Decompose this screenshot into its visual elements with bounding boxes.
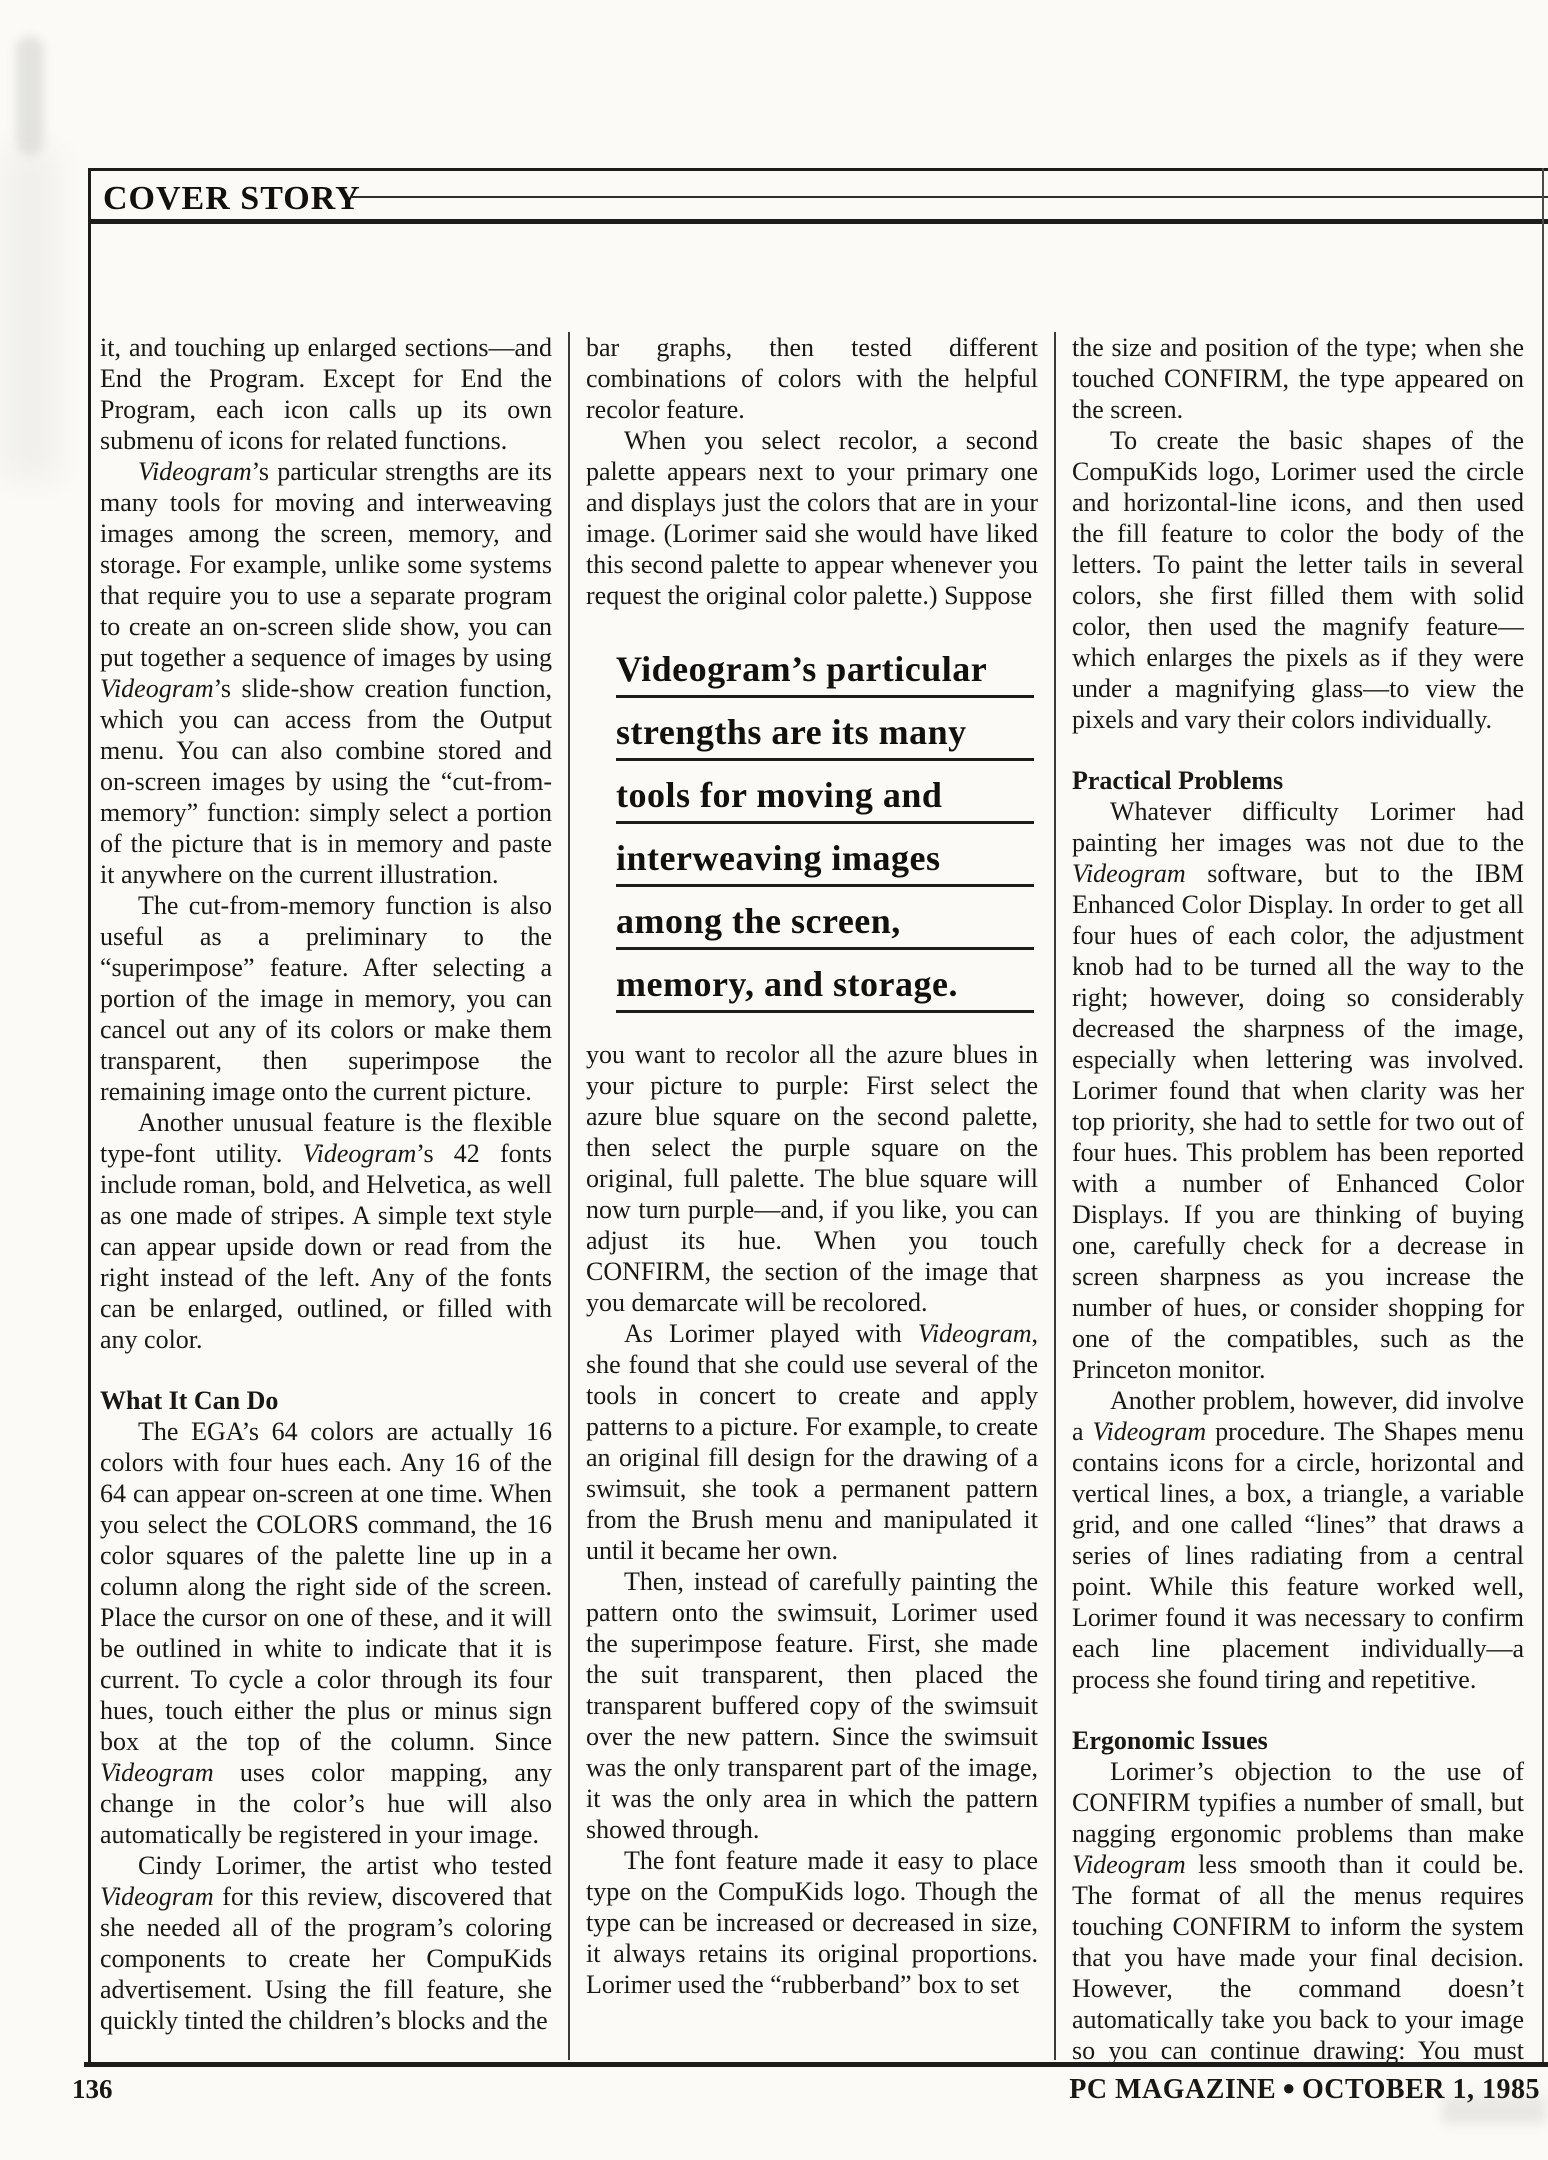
body-paragraph: To create the basic shapes of the CompuK… [1072,425,1524,735]
pullquote-line: tools for moving and [616,761,1034,824]
body-paragraph: Cindy Lorimer, the artist who tested Vid… [100,1850,552,2036]
frame-left-rule [88,168,91,2067]
header-top-rule [88,168,1548,171]
magazine-name: PC MAGAZINE [1069,2074,1276,2105]
section-heading: Ergonomic Issues [1072,1725,1524,1756]
column-2: bar graphs, then tested different combin… [586,332,1038,2062]
magazine-page: COVER STORY it, and touching up enlarged… [0,0,1548,2160]
body-paragraph: Lorimer’s objection to the use of CONFIR… [1072,1756,1524,2062]
body-paragraph: The font feature made it easy to place t… [586,1845,1038,2000]
body-paragraph: The cut-from-memory function is also use… [100,890,552,1107]
pull-quote: Videogram’s particularstrengths are its … [616,635,1034,1013]
issue-date: OCTOBER 1, 1985 [1302,2074,1540,2105]
scan-artifact [0,150,60,480]
body-paragraph: Another problem, however, did involve a … [1072,1385,1524,1695]
body-paragraph: you want to recolor all the azure blues … [586,1039,1038,1318]
frame-right-rule [1542,168,1544,2067]
pullquote-line: memory, and storage. [616,950,1034,1013]
body-paragraph: Whatever difficulty Lorimer had painting… [1072,796,1524,1385]
scan-artifact [16,36,44,156]
page-number: 136 [72,2074,113,2105]
frame-bottom-rule [84,2062,1548,2067]
magazine-footer: PC MAGAZINE●OCTOBER 1, 1985 [1069,2074,1540,2106]
body-paragraph: When you select recolor, a second palett… [586,425,1038,611]
header-decorative-rule [352,196,1548,198]
section-heading: Practical Problems [1072,765,1524,796]
bullet-separator: ● [1276,2075,1302,2100]
section-title: COVER STORY [103,180,361,218]
body-paragraph: the size and position of the type; when … [1072,332,1524,425]
pullquote-line: strengths are its many [616,698,1034,761]
column-divider [1054,332,1056,2060]
column-3: the size and position of the type; when … [1072,332,1524,2062]
body-paragraph: The EGA’s 64 colors are actually 16 colo… [100,1416,552,1850]
body-paragraph: Videogram’s particular strengths are its… [100,456,552,890]
pullquote-line: interweaving images [616,824,1034,887]
header-bottom-rule [88,219,1548,224]
body-paragraph: bar graphs, then tested different combin… [586,332,1038,425]
article-body: it, and touching up enlarged sections—an… [100,332,1526,2062]
column-1: it, and touching up enlarged sections—an… [100,332,552,2062]
body-paragraph: As Lorimer played with Videogram, she fo… [586,1318,1038,1566]
body-paragraph: Then, instead of carefully painting the … [586,1566,1038,1845]
pullquote-line: among the screen, [616,887,1034,950]
column-divider [568,332,570,2060]
pullquote-line: Videogram’s particular [616,635,1034,698]
section-heading: What It Can Do [100,1385,552,1416]
body-paragraph: it, and touching up enlarged sections—an… [100,332,552,456]
body-paragraph: Another unusual feature is the flexible … [100,1107,552,1355]
